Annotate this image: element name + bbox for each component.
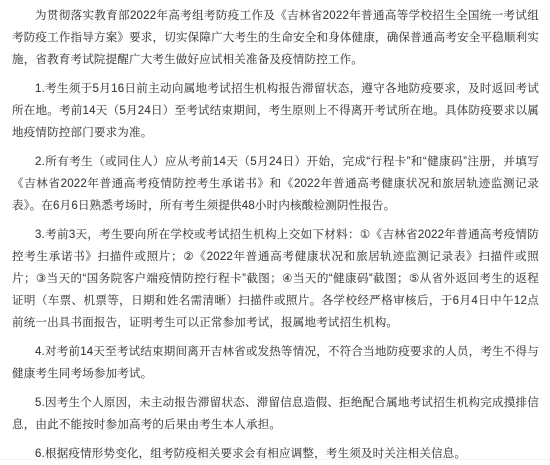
notice-article: 为贯彻落实教育部2022年高考组考防疫工作及《吉林省2022年普通高等学校招生全… [0,0,550,465]
paragraph-item-5: 5.因考生个人原因，未主动报告滞留状态、滞留信息造假、拒绝配合属地考试招生机构完… [12,392,539,436]
paragraph-item-4: 4.对考前14天至考试结束期间离开吉林省或发热等情况，不符合当地防疫要求的人员，… [12,341,539,385]
paragraph-item-3: 3.考前3天，考生要向所在学校或考试招生机构上交如下材料：①《吉林省2022年普… [12,224,539,334]
paragraph-item-1: 1.考生须于5月16日前主动向属地考试招生机构报告滞留状态，遵守各地防疫要求，及… [12,78,539,144]
bottom-divider [0,459,550,460]
paragraph-item-2: 2.所有考生（或同住人）应从考前14天（5月24日）开始，完成“行程卡”和“健康… [12,151,539,217]
paragraph-intro: 为贯彻落实教育部2022年高考组考防疫工作及《吉林省2022年普通高等学校招生全… [12,5,539,71]
paragraph-item-6: 6.根据疫情形势变化，组考防疫相关要求会有相应调整，考生须及时关注相关信息。 [12,443,539,465]
